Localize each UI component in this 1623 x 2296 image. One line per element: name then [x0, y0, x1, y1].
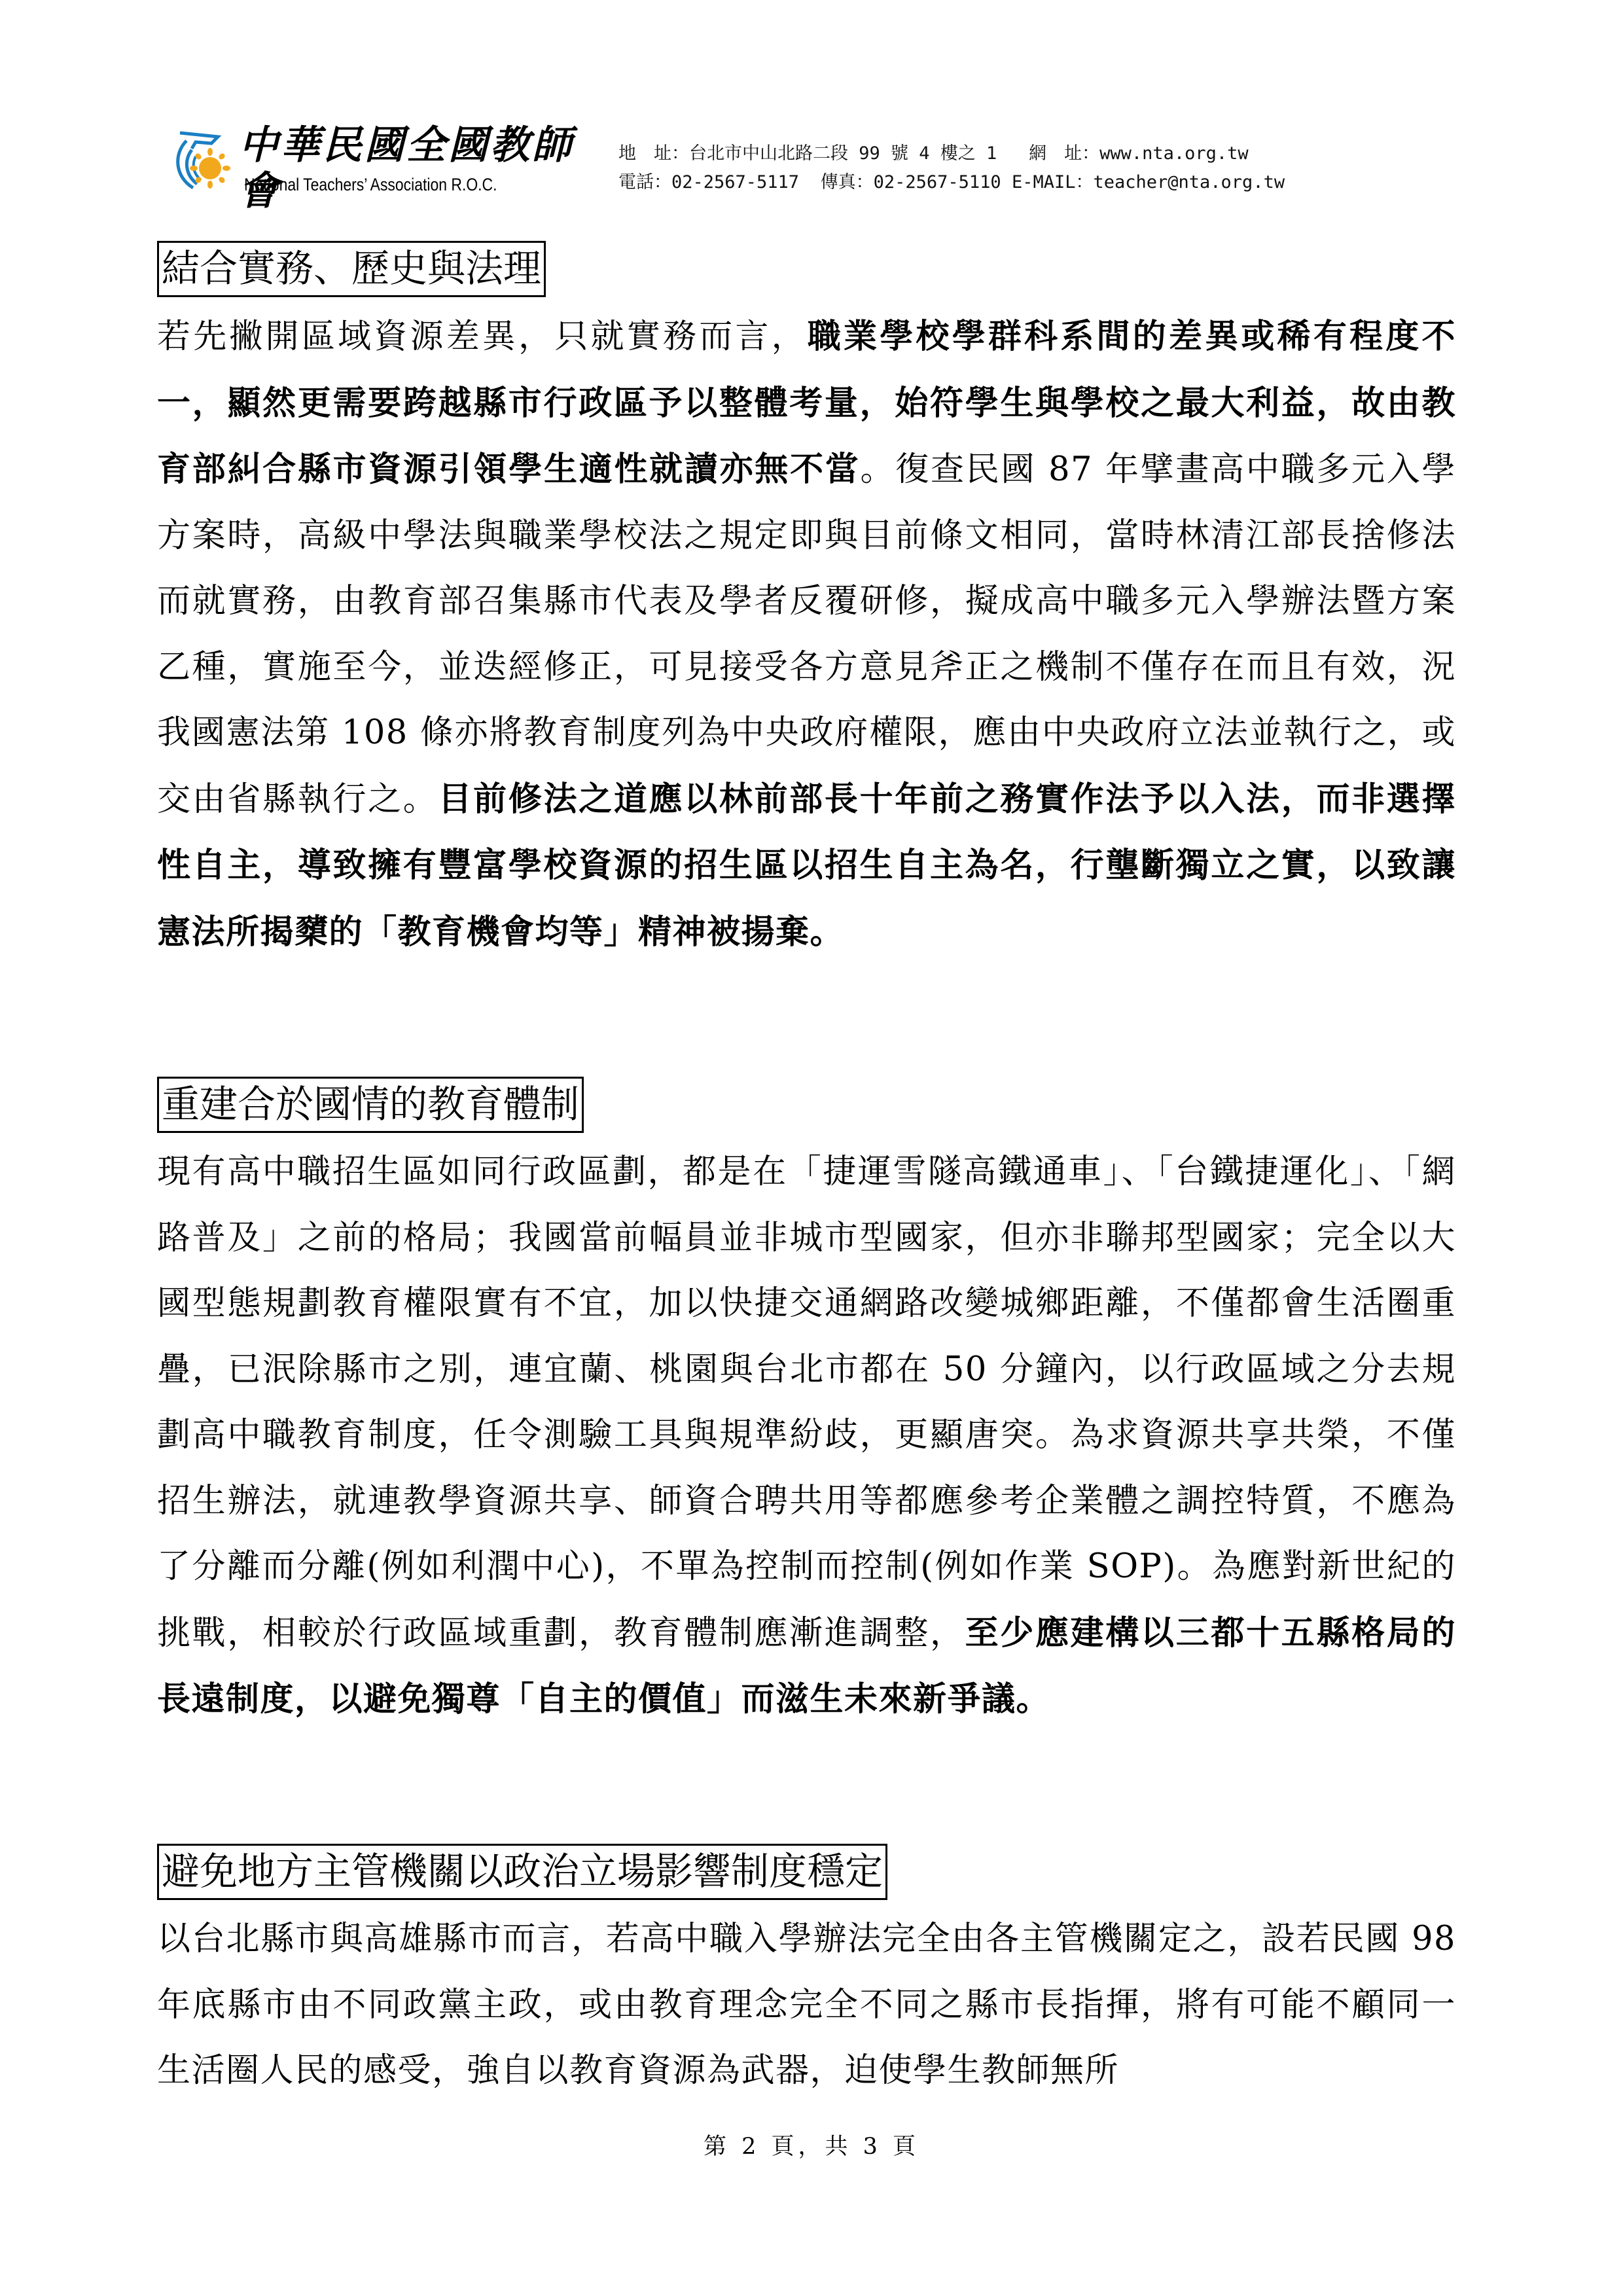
nta-logo-icon	[167, 128, 232, 193]
section-practice-history-law: 結合實務、歷史與法理 若先撇開區域資源差異，只就實務而言，職業學校學群科系間的差…	[157, 241, 1456, 965]
email-link[interactable]: teacher@nta.org.tw	[1093, 172, 1285, 192]
section-avoid-political-influence: 避免地方主管機關以政治立場影響制度穩定 以台北縣市與高雄縣市而言，若高中職入學辦…	[157, 1844, 1456, 2104]
section-paragraph: 若先撇開區域資源差異，只就實務而言，職業學校學群科系間的差異或稀有程度不一，顯然…	[157, 304, 1456, 965]
phone: 02-2567-5117	[671, 172, 799, 192]
org-name-cn: 中華民國全國教師會	[239, 122, 596, 214]
section-title: 重建合於國情的教育體制	[157, 1077, 584, 1133]
phone-label: 電話：	[618, 172, 671, 192]
org-logo: 中華民國全國教師會 National Teachers’ Association…	[167, 121, 596, 200]
website-label: 網 址：	[1029, 143, 1099, 164]
email-label: E-MAIL：	[1012, 172, 1094, 192]
website-link[interactable]: www.nta.org.tw	[1099, 143, 1249, 164]
section-rebuild-education-system: 重建合於國情的教育體制 現有高中職招生區如同行政區劃，都是在「捷運雪隧高鐵通車」…	[157, 1077, 1456, 1733]
section-paragraph: 現有高中職招生區如同行政區劃，都是在「捷運雪隧高鐵通車」、「台鐵捷運化」、「網路…	[157, 1139, 1456, 1733]
section-paragraph: 以台北縣市與高雄縣市而言，若高中職入學辦法完全由各主管機關定之，設若民國 98 …	[157, 1907, 1456, 2104]
letterhead: 中華民國全國教師會 National Teachers’ Association…	[167, 121, 1476, 200]
text-run: 若先撇開區域資源差異，只就實務而言，	[157, 317, 808, 356]
text-run: 。復查民國 87 年擘畫高中職多元入學方案時，高級中學法與職業學校法之規定即與目…	[157, 450, 1456, 819]
text-run: 現有高中職招生區如同行政區劃，都是在「捷運雪隧高鐵通車」、「台鐵捷運化」、「網路…	[157, 1153, 1456, 1653]
section-title: 結合實務、歷史與法理	[157, 241, 546, 297]
page-number: 第 2 頁，共 3 頁	[0, 2128, 1623, 2161]
address: 台北市中山北路二段 99 號 4 樓之 1	[689, 143, 997, 164]
section-title: 避免地方主管機關以政治立場影響制度穩定	[157, 1844, 887, 1900]
text-run: 以台北縣市與高雄縣市而言，若高中職入學辦法完全由各主管機關定之，設若民國 98 …	[157, 1920, 1456, 2090]
fax: 02-2567-5110	[874, 172, 1001, 192]
address-label: 地 址：	[618, 143, 689, 164]
org-name-en: National Teachers’ Association R.O.C.	[244, 175, 497, 194]
contact-info: 地 址：台北市中山北路二段 99 號 4 樓之 1 網 址：www.nta.or…	[618, 139, 1285, 197]
fax-label: 傳真：	[821, 172, 874, 192]
